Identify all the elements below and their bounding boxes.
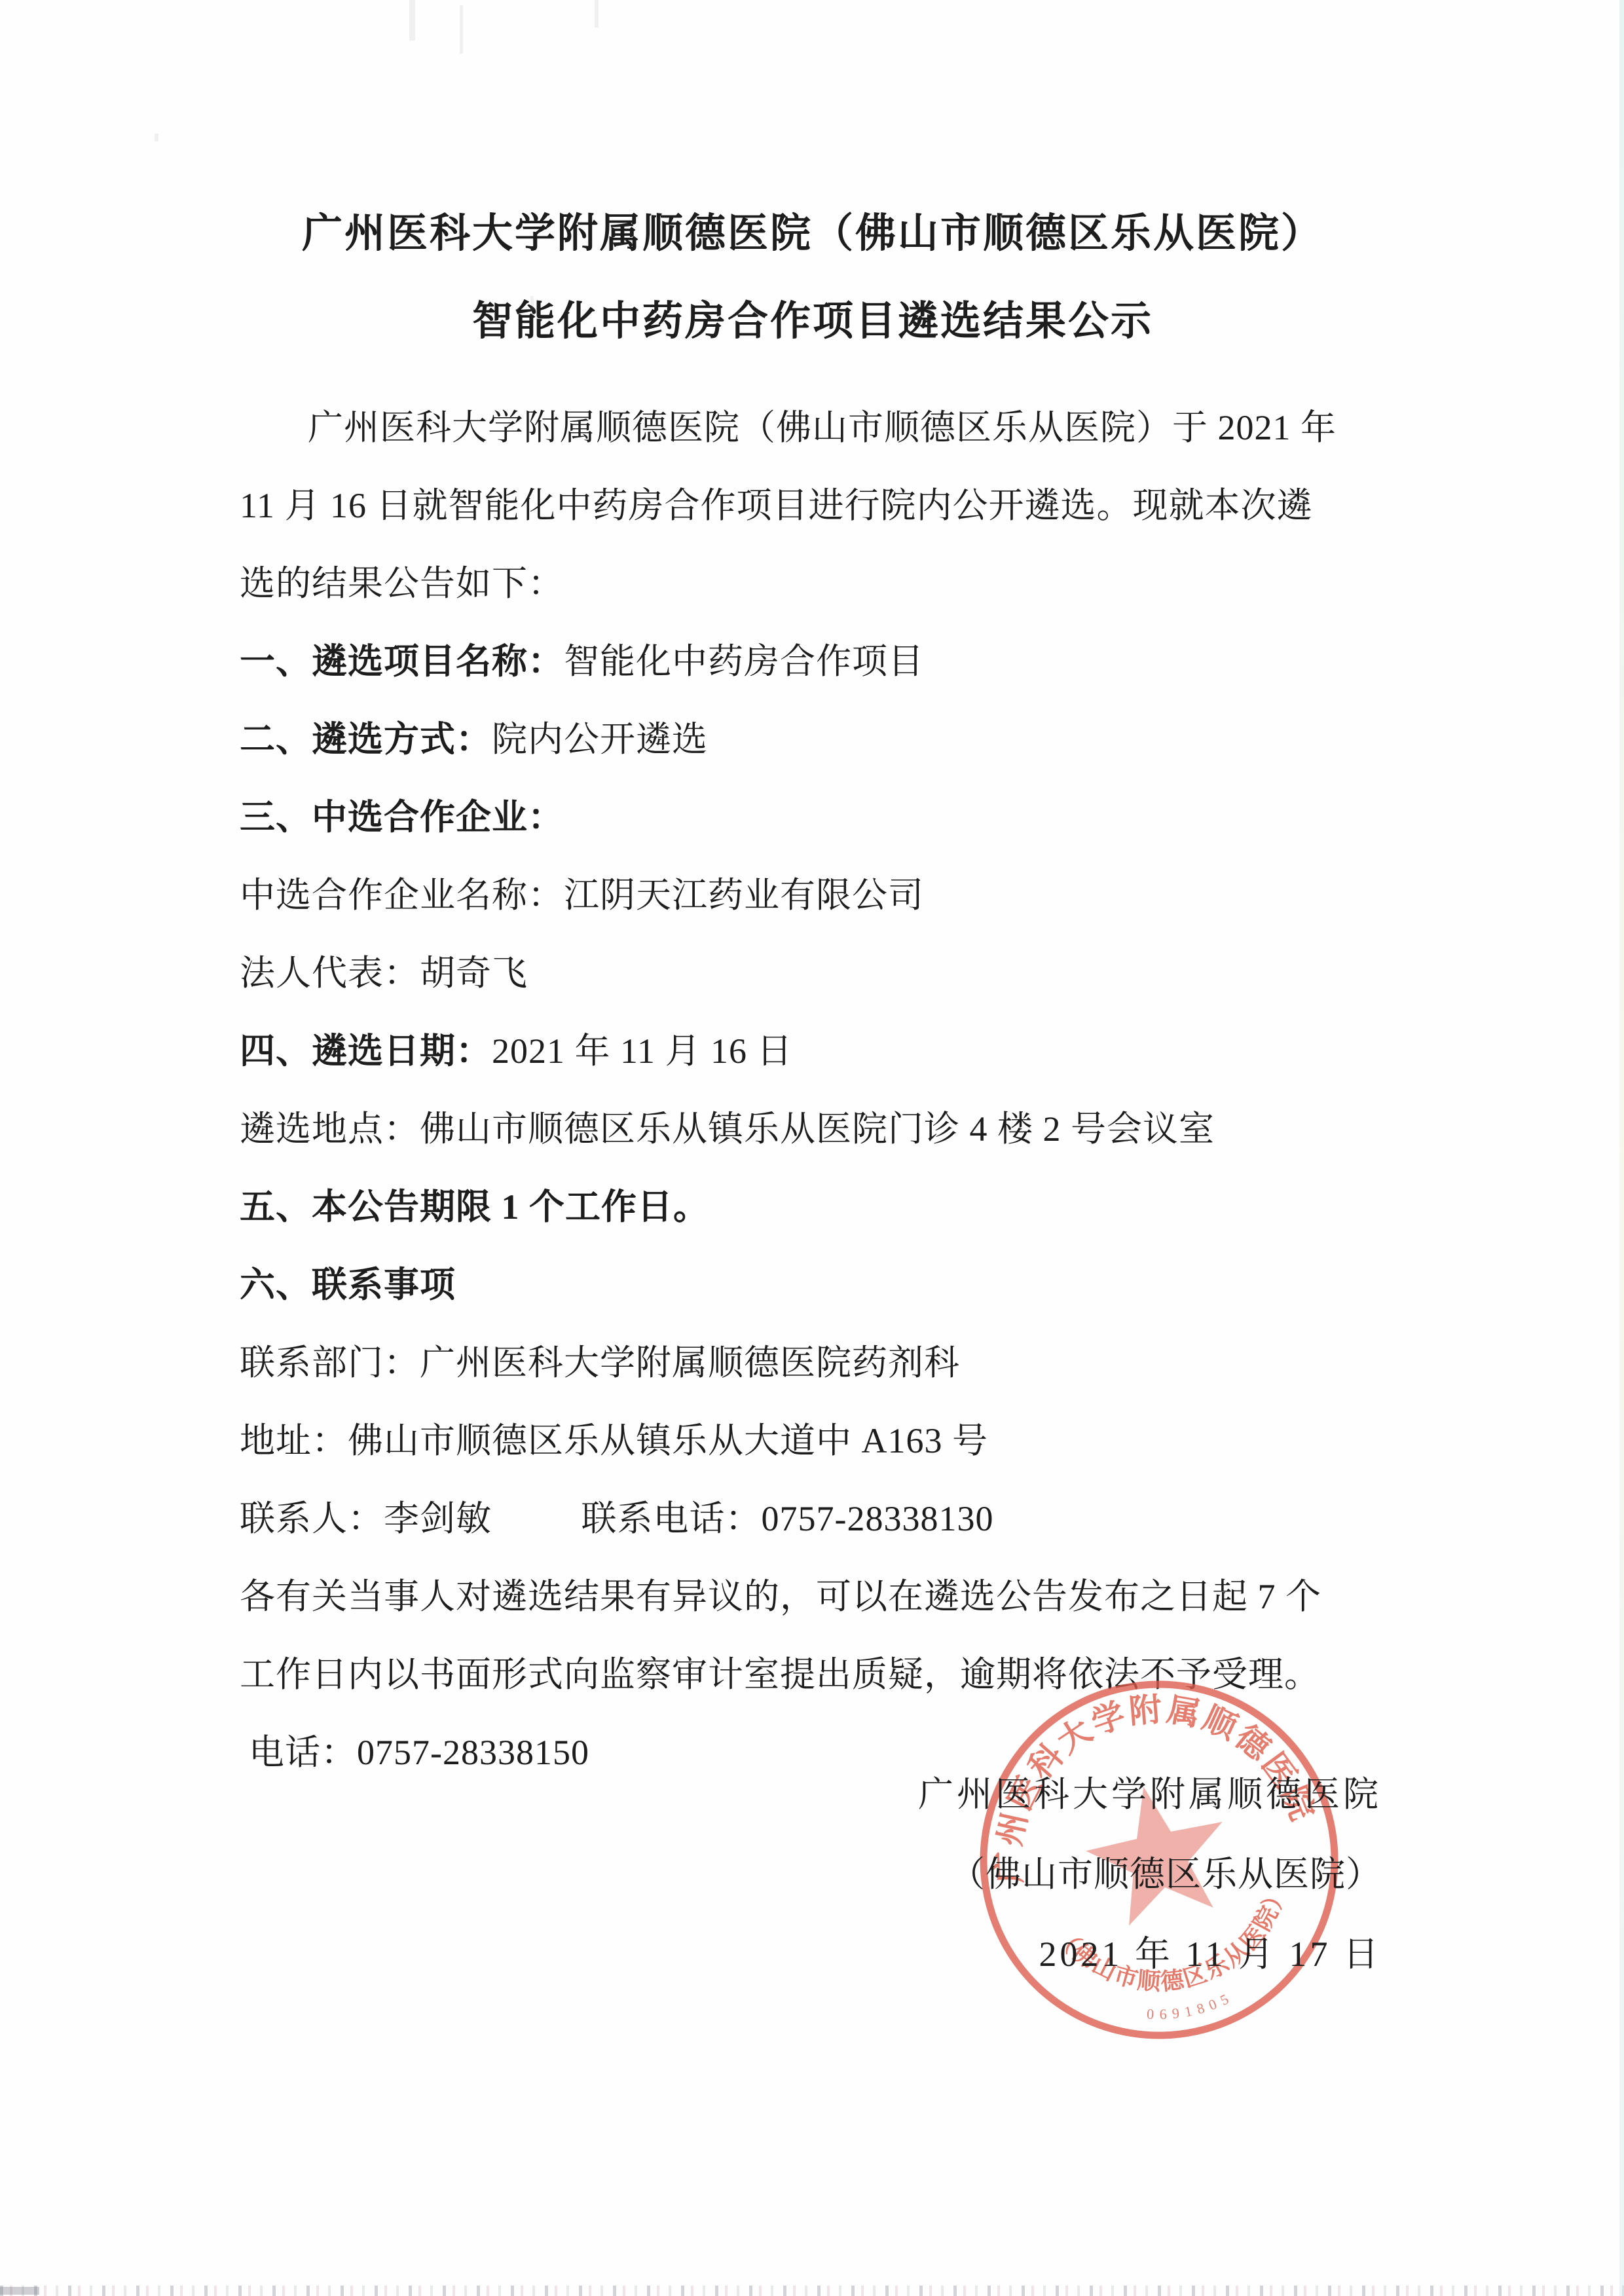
signature-org-line-2: （佛山市顺德区乐从医院） xyxy=(918,1834,1382,1914)
para-line-2: 11 月 16 日就智能化中药房合作项目进行院内公开遴选。现就本次遴 xyxy=(240,467,1386,545)
signature-org-line-1: 广州医科大学附属顺德医院 xyxy=(918,1754,1382,1834)
scan-noise-cap xyxy=(0,2287,39,2295)
selection-place-line: 遴选地点：佛山市顺德区乐从镇乐从医院门诊 4 楼 2 号会议室 xyxy=(240,1090,1386,1168)
scanned-announcement-page: 广州医科大学附属顺德医院（佛山市顺德区乐从医院） 智能化中药房合作项目遴选结果公… xyxy=(0,0,1624,2296)
section-item-3: 三、中选合作企业： xyxy=(240,779,1386,857)
contact-phone: 联系电话：0757-28338130 xyxy=(581,1499,994,1538)
document-body: 广州医科大学附属顺德医院（佛山市顺德区乐从医院）于 2021 年 11 月 16… xyxy=(240,389,1386,1792)
document-title: 广州医科大学附属顺德医院（佛山市顺德区乐从医院） 智能化中药房合作项目遴选结果公… xyxy=(240,190,1386,365)
scan-artifact xyxy=(595,0,599,28)
document-content: 广州医科大学附属顺德医院（佛山市顺德区乐从医院） 智能化中药房合作项目遴选结果公… xyxy=(240,190,1386,1792)
para-line-1: 广州医科大学附属顺德医院（佛山市顺德区乐从医院）于 2021 年 xyxy=(240,389,1386,467)
section-item-6: 六、联系事项 xyxy=(240,1246,1386,1324)
scan-artifact xyxy=(460,5,463,54)
contact-dept-line: 联系部门：广州医科大学附属顺德医院药剂科 xyxy=(240,1324,1386,1402)
contact-person-line: 联系人：李剑敏 联系电话：0757-28338130 xyxy=(240,1480,1386,1558)
scan-edge-tint xyxy=(1619,0,1624,2296)
title-line-1: 广州医科大学附属顺德医院（佛山市顺德区乐从医院） xyxy=(240,190,1386,278)
signature-block: 广州医科大学附属顺德医院 （佛山市顺德区乐从医院） 2021 年 11 月 17… xyxy=(918,1754,1382,1994)
section-item-4: 四、遴选日期：2021 年 11 月 16 日 xyxy=(240,1012,1386,1090)
winner-name-line: 中选合作企业名称：江阴天江药业有限公司 xyxy=(240,857,1386,935)
signature-date: 2021 年 11 月 17 日 xyxy=(918,1914,1382,1994)
scan-artifact xyxy=(155,134,158,141)
scan-noise-strip xyxy=(0,2286,1624,2296)
objection-line-1: 各有关当事人对遴选结果有异议的，可以在遴选公告发布之日起 7 个 xyxy=(240,1558,1386,1636)
title-line-2: 智能化中药房合作项目遴选结果公示 xyxy=(240,278,1386,365)
legal-rep-line: 法人代表：胡奇飞 xyxy=(240,935,1386,1012)
address-line: 地址：佛山市顺德区乐从镇乐从大道中 A163 号 xyxy=(240,1402,1386,1480)
contact-person: 联系人：李剑敏 xyxy=(240,1499,492,1538)
objection-line-2: 工作日内以书面形式向监察审计室提出质疑，逾期将依法不予受理。 xyxy=(240,1636,1386,1714)
section-item-2: 二、遴选方式：院内公开遴选 xyxy=(240,701,1386,779)
section-item-5: 五、本公告期限 1 个工作日。 xyxy=(240,1168,1386,1246)
scan-artifact xyxy=(409,0,415,41)
section-item-1: 一、遴选项目名称：智能化中药房合作项目 xyxy=(240,623,1386,701)
scan-artifact xyxy=(530,296,534,310)
para-line-3: 选的结果公告如下： xyxy=(240,545,1386,623)
